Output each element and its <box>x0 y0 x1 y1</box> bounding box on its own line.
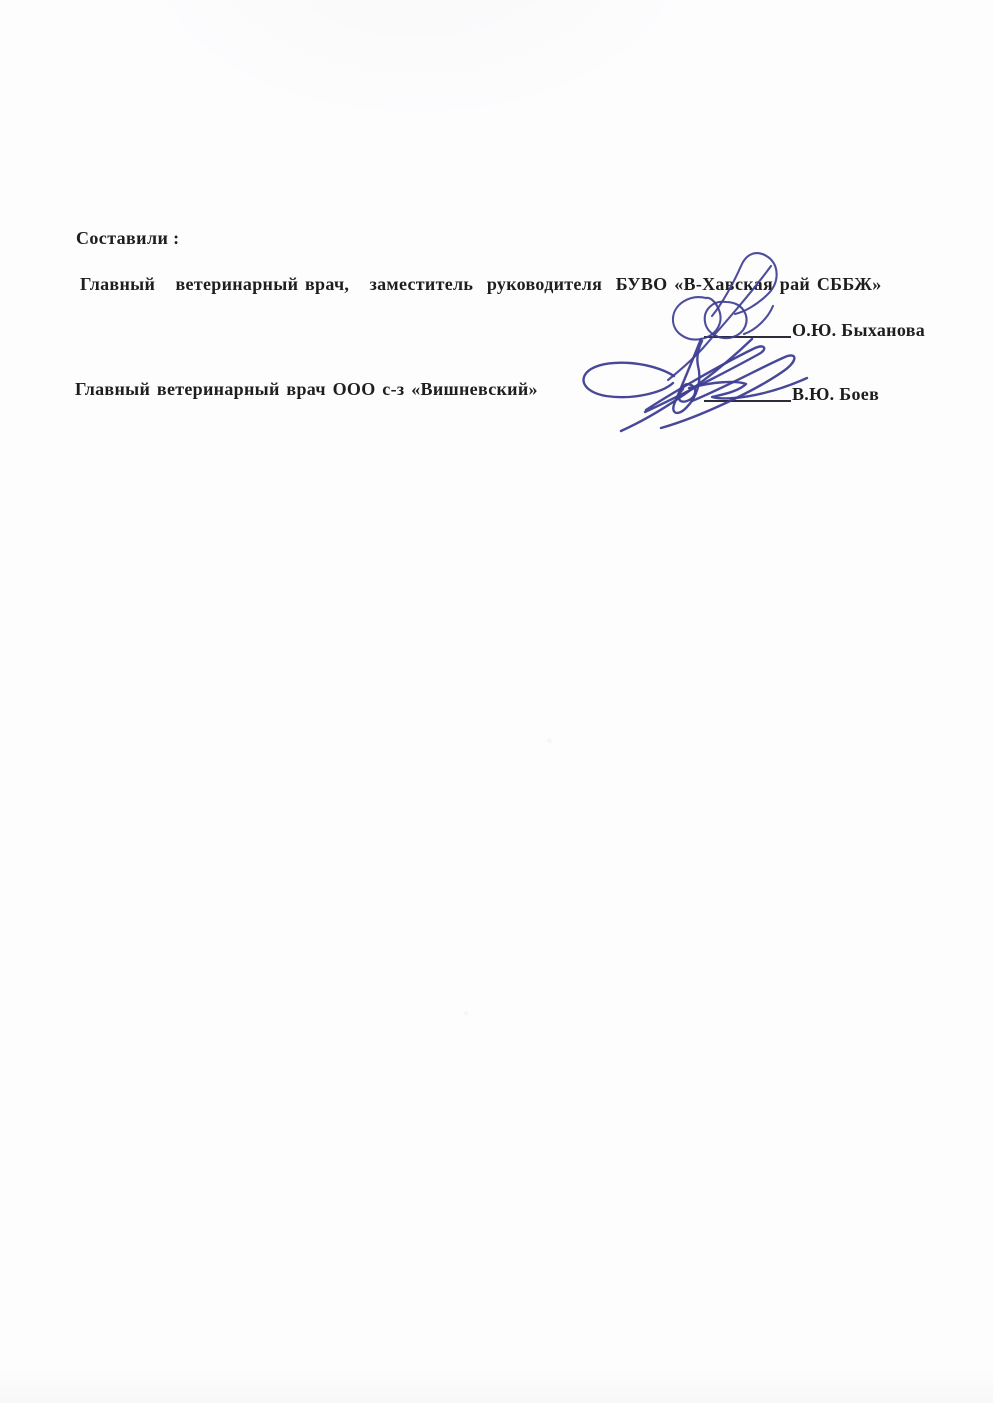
scan-speck <box>547 739 552 742</box>
scan-shadow-top <box>0 0 993 130</box>
signer2-signature-row: В.Ю. Боев <box>704 384 879 405</box>
signer2-name: В.Ю. Боев <box>792 384 879 405</box>
signer1-name: О.Ю. Быханова <box>792 320 925 341</box>
composed-by-heading: Составили : <box>76 228 180 249</box>
scanned-document-page: Составили : Главный ветеринарный врач, з… <box>0 0 993 1403</box>
signer1-signature-line <box>704 322 791 338</box>
signer2-role-line: Главный ветеринарный врач ООО с-з «Вишне… <box>75 379 538 400</box>
scan-speck <box>464 1012 468 1015</box>
scan-shadow-bottom <box>0 1369 993 1403</box>
signer2-signature-line <box>704 386 791 402</box>
handwritten-signature-bykhanova <box>668 253 777 380</box>
signer1-role-line: Главный ветеринарный врач, заместитель р… <box>80 274 882 295</box>
handwritten-signatures <box>555 240 825 445</box>
signer1-signature-row: О.Ю. Быханова <box>704 320 925 341</box>
